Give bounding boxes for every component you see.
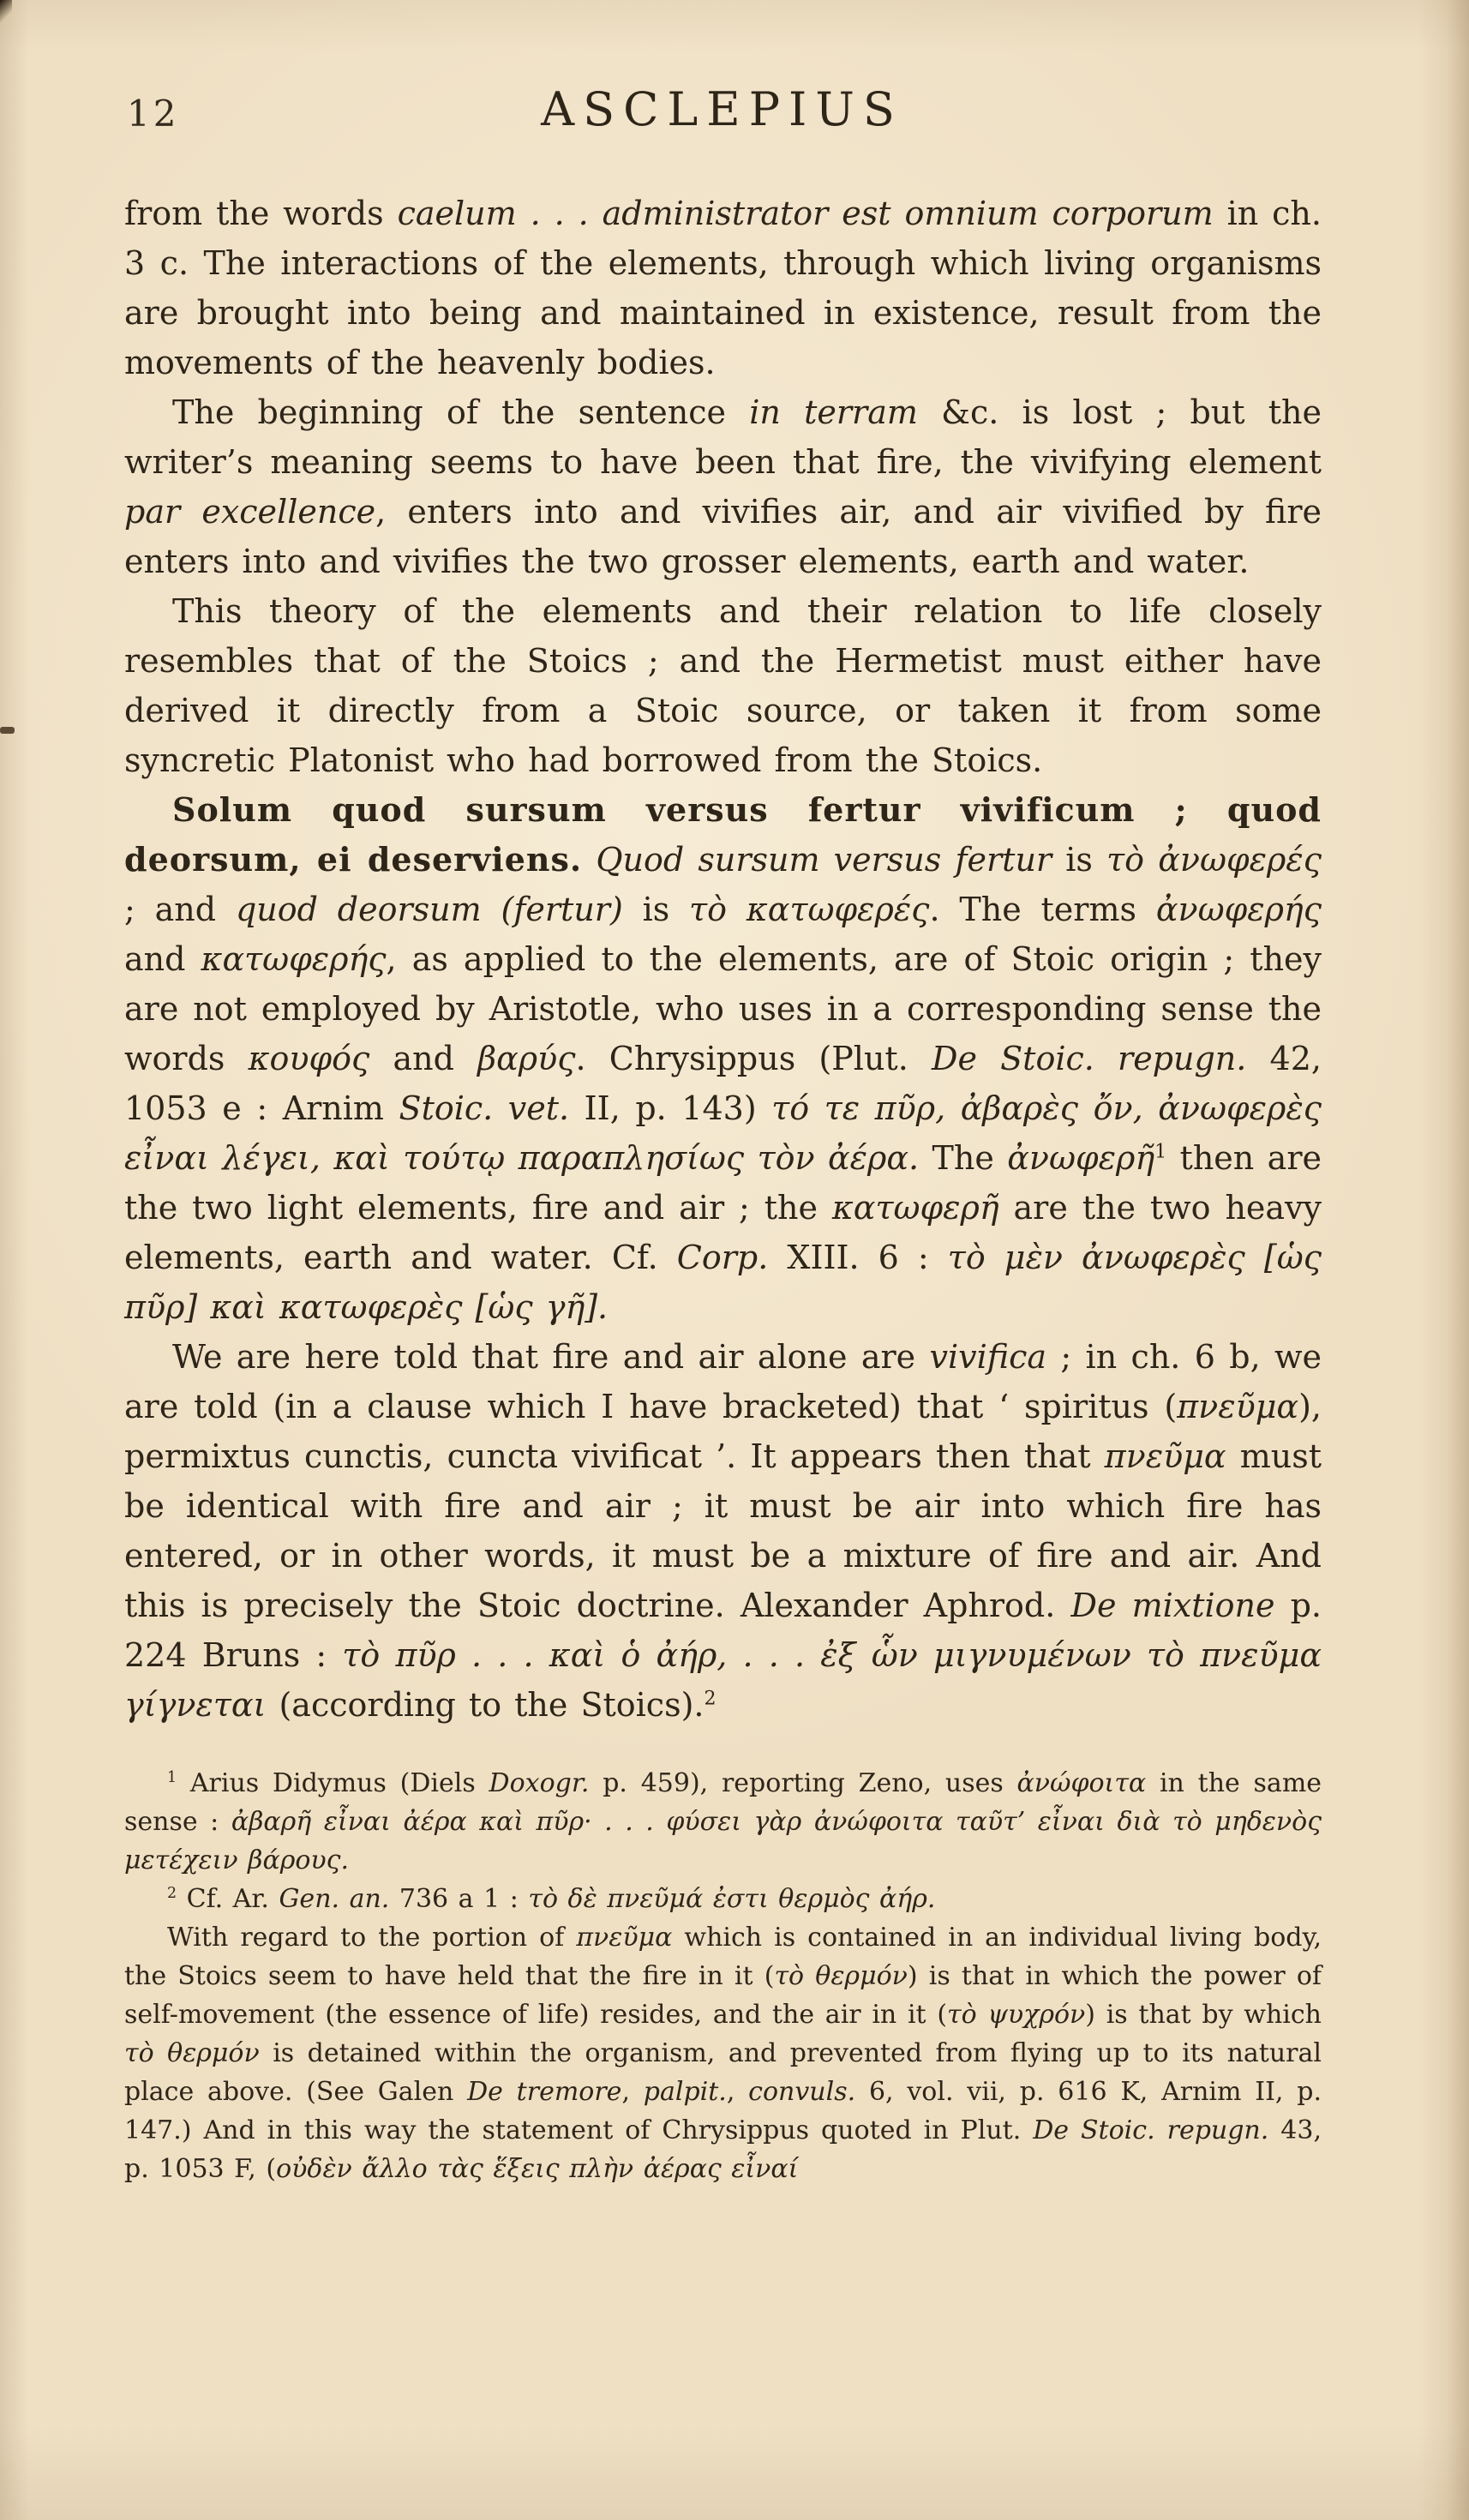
- footnote-marker: 2: [705, 1688, 717, 1709]
- text-run: p. 459), reporting Zeno, uses: [589, 1768, 1016, 1798]
- footnote-marker: 1: [167, 1769, 177, 1786]
- text-run: τὸ θερμόν: [124, 2038, 260, 2068]
- text-run: from the words: [124, 195, 398, 232]
- text-run: par excellence: [124, 493, 375, 531]
- text-run: This theory of the elements and their re…: [124, 592, 1322, 779]
- text-run: Doxogr.: [489, 1768, 590, 1798]
- text-run: Stoic. vet.: [399, 1089, 570, 1127]
- text-run: πνεῦμα: [576, 1923, 672, 1953]
- text-block: from the words caelum . . . administrato…: [124, 189, 1322, 2188]
- text-run: is: [623, 891, 689, 928]
- text-run: Arius Didymus (Diels: [177, 1768, 489, 1798]
- text-run: ,: [727, 2077, 748, 2107]
- text-run: οὐδὲν ἄλλο τὰς ἕξεις πλὴν ἀέρας εἶναί: [276, 2154, 798, 2184]
- text-run: The beginning of the sentence: [172, 393, 749, 431]
- text-run: palpit.: [644, 2077, 727, 2107]
- text-run: τὸ κατωφερές: [689, 891, 929, 928]
- text-run: ἀνωφερῆ: [1007, 1139, 1154, 1177]
- text-run: (according to the Stoics).: [266, 1686, 704, 1724]
- text-run: ἀνωφερής: [1156, 891, 1322, 928]
- text-run: De tremore: [467, 2077, 621, 2107]
- text-run: in terram: [749, 393, 918, 431]
- footnotes: 1 Arius Didymus (Diels Doxogr. p. 459), …: [124, 1764, 1322, 2188]
- text-run: βαρύς: [477, 1040, 575, 1077]
- footnote-paragraph: 1 Arius Didymus (Diels Doxogr. p. 459), …: [124, 1764, 1322, 1880]
- text-run: τὸ θερμόν: [774, 1961, 907, 1991]
- text-run: II, p. 143): [569, 1089, 771, 1127]
- text-run: [482, 891, 501, 928]
- text-run: quod deorsum: [236, 891, 482, 928]
- footnote-marker: 2: [167, 1885, 177, 1902]
- text-run: πνεῦμα: [1177, 1388, 1298, 1425]
- body-text: from the words caelum . . . administrato…: [124, 189, 1322, 1730]
- text-run: τὸ ἀνωφερές: [1106, 841, 1322, 879]
- page-title: ASCLEPIUS: [124, 82, 1320, 136]
- text-paragraph: Solum quod sursum versus fertur vivificu…: [124, 785, 1322, 1332]
- text-run: [582, 841, 596, 879]
- text-run: We are here told that fire and air alone…: [172, 1338, 930, 1376]
- text-run: Cf. Ar.: [177, 1884, 279, 1914]
- text-run: caelum . . . administrator est omnium co…: [398, 195, 1214, 232]
- text-run: . The terms: [929, 891, 1155, 928]
- text-run: κατωφερῆ: [832, 1189, 999, 1227]
- text-run: Corp.: [677, 1239, 769, 1276]
- text-run: Quod sursum versus fertur: [596, 841, 1052, 879]
- text-run: πνεῦμα: [1105, 1437, 1226, 1475]
- text-run: is: [1052, 841, 1106, 879]
- footnote-paragraph: 2 Cf. Ar. Gen. an. 736 a 1 : τὸ δὲ πνεῦμ…: [124, 1880, 1322, 1918]
- text-run: With regard to the portion of: [167, 1923, 576, 1953]
- text-run: ἀνώφοιτα: [1017, 1768, 1147, 1798]
- text-run: ; and: [124, 891, 236, 928]
- text-run: Gen. an.: [279, 1884, 389, 1914]
- text-run: XIII. 6 :: [768, 1239, 947, 1276]
- margin-mark: [0, 727, 15, 734]
- text-run: and: [124, 940, 201, 978]
- text-run: De mixtione: [1070, 1587, 1274, 1624]
- text-run: ,: [621, 2077, 643, 2107]
- text-run: τὸ δὲ πνεῦμά ἐστι θερμὸς ἀήρ.: [528, 1884, 935, 1914]
- text-run: and: [369, 1040, 477, 1077]
- text-run: . Chrysippus (Plut.: [575, 1040, 932, 1077]
- scan-corner-artifact: [0, 0, 12, 22]
- text-paragraph: We are here told that fire and air alone…: [124, 1332, 1322, 1730]
- footnote-paragraph: With regard to the portion of πνεῦμα whi…: [124, 1918, 1322, 2188]
- text-run: κουφός: [249, 1040, 370, 1077]
- text-run: τὸ ψυχρόν: [947, 2000, 1085, 2030]
- text-run: (fertur): [501, 891, 623, 928]
- text-run: 736 a 1 :: [389, 1884, 528, 1914]
- text-run: convuls.: [748, 2077, 855, 2107]
- text-run: ) is that by which: [1085, 2000, 1322, 2030]
- text-run: κατωφερής: [201, 940, 387, 978]
- text-paragraph: This theory of the elements and their re…: [124, 586, 1322, 785]
- text-run: De Stoic. repugn.: [932, 1040, 1246, 1077]
- text-paragraph: from the words caelum . . . administrato…: [124, 189, 1322, 387]
- text-run: vivifica: [930, 1338, 1047, 1376]
- text-run: De Stoic. repugn.: [1033, 2115, 1268, 2145]
- text-run: The: [919, 1139, 1007, 1177]
- book-page: 12 ASCLEPIUS from the words caelum . . .…: [0, 0, 1469, 2520]
- footnote-marker: 1: [1154, 1141, 1166, 1162]
- text-paragraph: The beginning of the sentence in terram …: [124, 387, 1322, 586]
- text-run: ἀβαρῆ εἶναι ἀέρα καὶ πῦρ· . . . φύσει γὰ…: [124, 1807, 1322, 1875]
